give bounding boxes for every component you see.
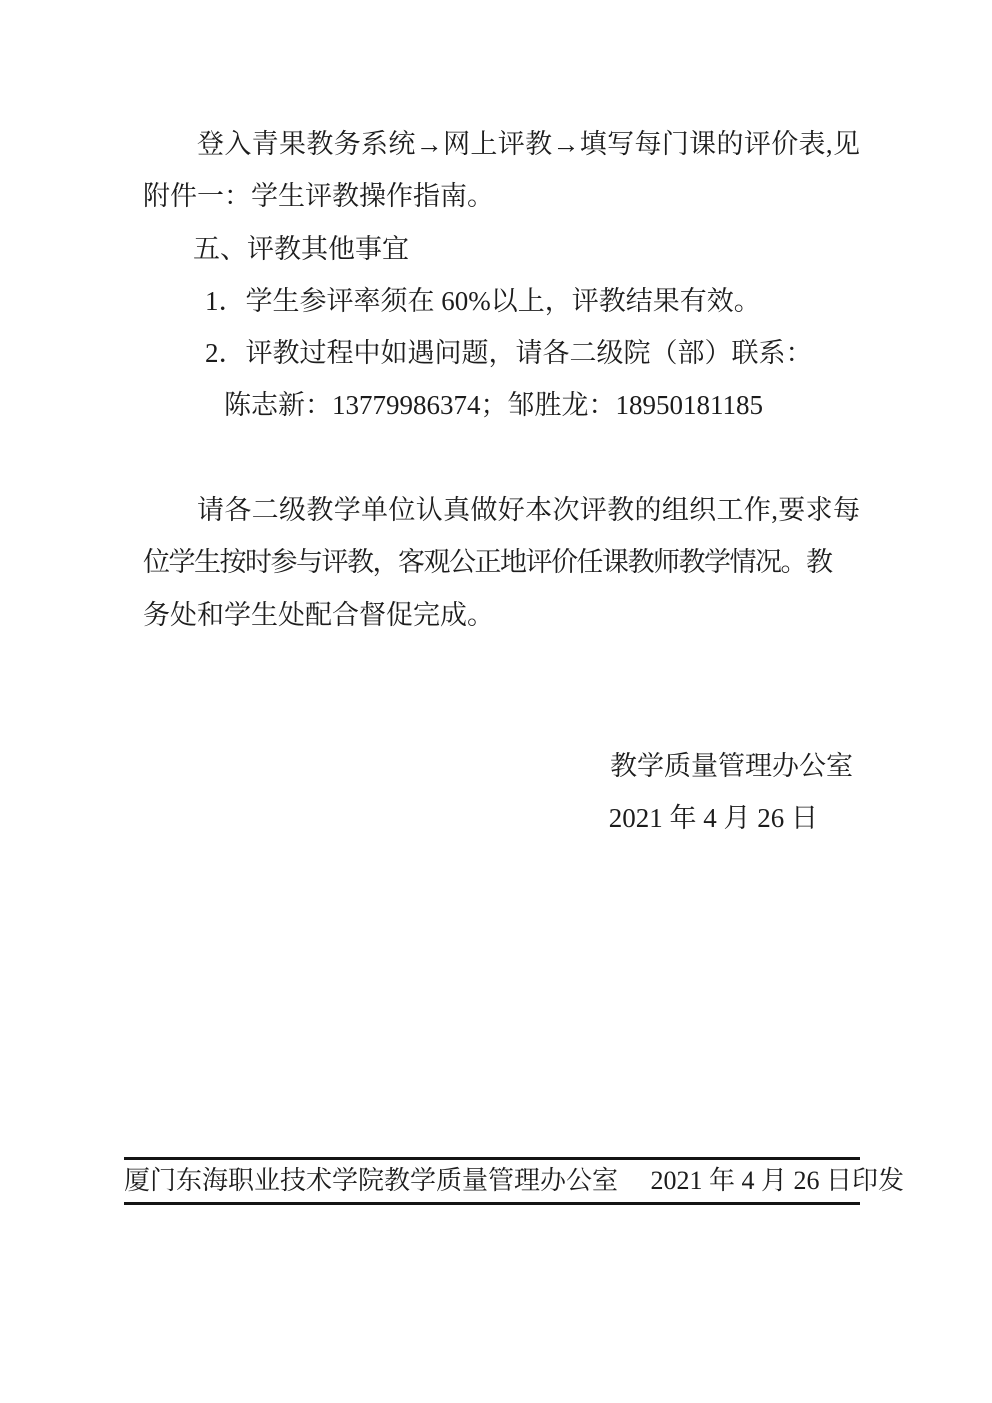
- closing-paragraph: 请各二级教学单位认真做好本次评教的组织工作,要求每 位学生按时参与评教，客观公正…: [143, 484, 860, 641]
- intro-line-1: 登入青果教务系统→网上评教→填写每门课的评价表,见: [143, 118, 860, 170]
- signature-office: 教学质量管理办公室: [143, 740, 860, 792]
- body-text-block: 登入青果教务系统→网上评教→填写每门课的评价表,见 附件一：学生评教操作指南。 …: [143, 118, 860, 432]
- closing-line-2: 位学生按时参与评教，客观公正地评价任课教师教学情况。教: [143, 536, 860, 588]
- section5-contacts: 陈志新：13779986374；邹胜龙：18950181185: [143, 379, 860, 431]
- section5-item-2: 2．评教过程中如遇问题，请各二级院（部）联系：: [143, 327, 860, 379]
- footer-imprint-text: 厦门东海职业技术学院教学质量管理办公室 2021 年 4 月 26 日印发: [124, 1166, 904, 1195]
- section5-item-1: 1．学生参评率须在 60%以上，评教结果有效。: [143, 275, 860, 327]
- footer-imprint-bar: 厦门东海职业技术学院教学质量管理办公室 2021 年 4 月 26 日印发: [124, 1157, 860, 1205]
- section5-heading: 五、评教其他事宜: [143, 223, 860, 275]
- closing-line-1: 请各二级教学单位认真做好本次评教的组织工作,要求每: [143, 484, 860, 536]
- signature-date: 2021 年 4 月 26 日: [143, 792, 860, 844]
- intro-line-2: 附件一：学生评教操作指南。: [143, 170, 860, 222]
- signature-block: 教学质量管理办公室 2021 年 4 月 26 日: [143, 740, 860, 845]
- closing-line-3: 务处和学生处配合督促完成。: [143, 589, 860, 641]
- document-page: 登入青果教务系统→网上评教→填写每门课的评价表,见 附件一：学生评教操作指南。 …: [0, 0, 992, 1403]
